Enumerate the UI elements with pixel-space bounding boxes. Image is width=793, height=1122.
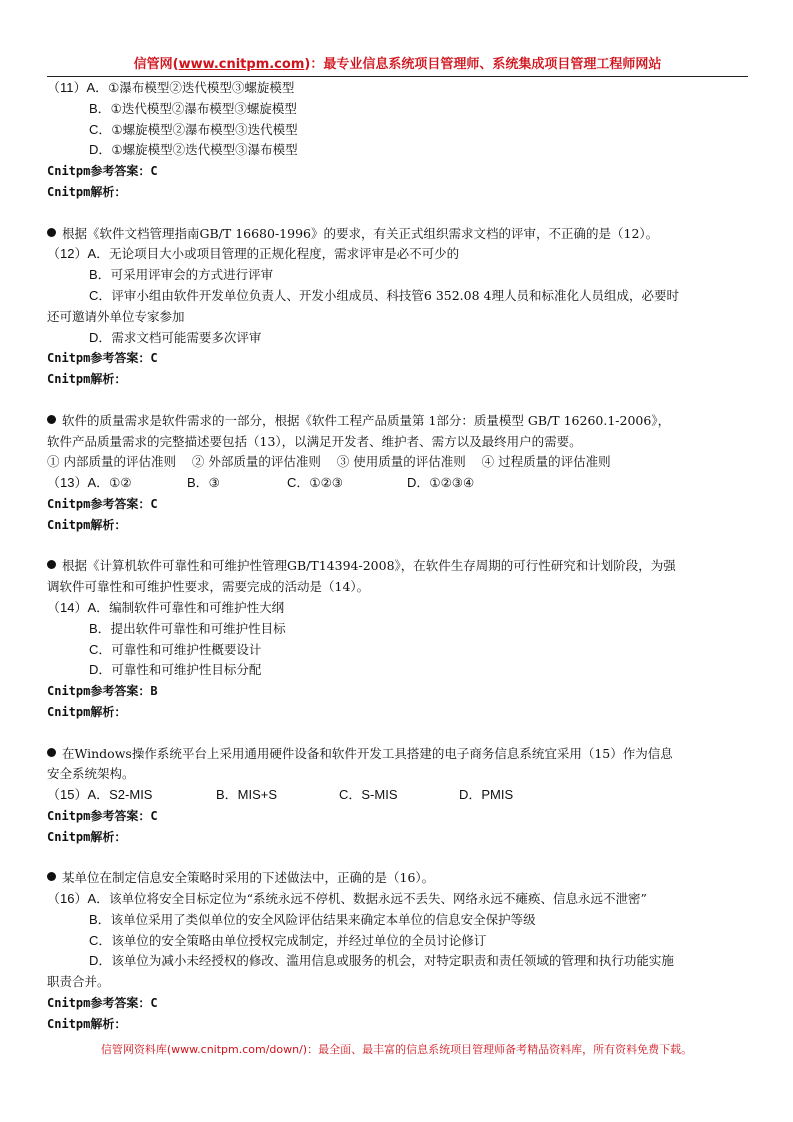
criterion: ④ 过程质量的评估准则 — [482, 454, 611, 469]
criteria-list: ① 内部质量的评估准则 ② 外部质量的评估准则 ③ 使用质量的评估准则 ④ 过程… — [47, 452, 748, 473]
options-row: （15）A．S2-MISB．MIS+SC．S-MISD．PMIS — [47, 785, 748, 806]
option-c: C．该单位的安全策略由单位授权完成制定，并经过单位的全员讨论修订 — [47, 931, 748, 952]
option-letter: D． — [89, 330, 111, 345]
option-text: 可靠性和可维护性概要设计 — [111, 642, 261, 657]
option-text: ③ — [209, 475, 220, 490]
question-13: 软件的质量需求是软件需求的一部分，根据《软件工程产品质量第 1部分：质量模型 G… — [47, 411, 748, 536]
option-letter: A． — [87, 891, 109, 906]
analysis-label: Cnitpm解析： — [47, 515, 748, 536]
stem-text: 某单位在制定信息安全策略时采用的下述做法中，正确的是（16）。 — [62, 870, 434, 885]
question-11: （11）A．①瀑布模型②迭代模型③螺旋模型 B．①迭代模型②瀑布模型③螺旋模型 … — [47, 78, 748, 203]
option-text: 提出软件可靠性和可维护性目标 — [111, 621, 286, 636]
question-stem: 某单位在制定信息安全策略时采用的下述做法中，正确的是（16）。 — [47, 868, 748, 889]
option-a: （16）A．该单位将安全目标定位为“系统永远不停机、数据永远不丢失、网络永远不瘫… — [47, 889, 748, 910]
header-divider — [47, 76, 748, 77]
option-letter: A． — [87, 600, 109, 615]
option-letter: C． — [339, 787, 361, 802]
question-16: 某单位在制定信息安全策略时采用的下述做法中，正确的是（16）。 （16）A．该单… — [47, 868, 748, 1034]
option-text: ①②③④ — [429, 475, 474, 490]
option-text: 编制软件可靠性和可维护性大纲 — [109, 600, 284, 615]
option-letter: B． — [89, 267, 111, 282]
option-text: ①②③ — [309, 475, 343, 490]
option-c: C．评审小组由软件开发单位负责人、开发小组成员、科技管6 352.08 4理人员… — [47, 286, 748, 307]
question-stem: 根据《计算机软件可靠性和可维护性管理GB/T14394-2008》，在软件生存周… — [47, 556, 748, 577]
option-c: C．①螺旋模型②瀑布模型③迭代模型 — [47, 120, 748, 141]
option-text: ①螺旋模型②瀑布模型③迭代模型 — [111, 122, 297, 137]
question-15: 在Windows操作系统平台上采用通用硬件设备和软件开发工具搭建的电子商务信息系… — [47, 744, 748, 848]
analysis-label: Cnitpm解析： — [47, 1014, 748, 1035]
question-number: （14） — [47, 600, 87, 615]
stem-text: 根据《计算机软件可靠性和可维护性管理GB/T14394-2008》，在软件生存周… — [62, 558, 676, 573]
option-text: 该单位的安全策略由单位授权完成制定，并经过单位的全员讨论修订 — [111, 933, 486, 948]
option-text: 该单位为减小未经授权的修改、滥用信息或服务的机会，对特定职责和责任领域的管理和执… — [111, 953, 674, 968]
option-text: PMIS — [481, 787, 513, 802]
question-14: 根据《计算机软件可靠性和可维护性管理GB/T14394-2008》，在软件生存周… — [47, 556, 748, 722]
option-text: 需求文档可能需要多次评审 — [111, 330, 261, 345]
option-b: B．该单位采用了类似单位的安全风险评估结果来确定本单位的信息安全保护等级 — [47, 910, 748, 931]
question-stem-continued: 软件产品质量需求的完整描述要包括（13），以满足开发者、维护者、需方以及最终用户… — [47, 432, 748, 453]
option-letter: D． — [459, 787, 481, 802]
option-letter: B． — [216, 787, 238, 802]
option-b: B．可采用评审会的方式进行评审 — [47, 265, 748, 286]
option-a: （12）A．无论项目大小或项目管理的正规化程度，需求评审是必不可少的 — [47, 244, 748, 265]
option-b: B．③ — [187, 473, 287, 494]
stem-text: 根据《软件文档管理指南GB/T 16680-1996》的要求，有关正式组织需求文… — [62, 226, 658, 241]
analysis-label: Cnitpm解析： — [47, 827, 748, 848]
option-text: ①瀑布模型②迭代模型③螺旋模型 — [108, 80, 294, 95]
question-stem-continued: 调软件可靠性和可维护性要求，需要完成的活动是（14）。 — [47, 577, 748, 598]
option-letter: B． — [89, 621, 111, 636]
option-c: C．可靠性和可维护性概要设计 — [47, 640, 748, 661]
question-number: （11） — [47, 80, 87, 95]
option-c: C．①②③ — [287, 473, 407, 494]
option-d-continued: 职责合并。 — [47, 972, 748, 993]
option-letter: C． — [287, 475, 309, 490]
criterion: ② 外部质量的评估准则 — [192, 454, 321, 469]
option-d: D．PMIS — [459, 785, 513, 806]
option-letter: A． — [87, 80, 109, 95]
option-d: D．该单位为减小未经授权的修改、滥用信息或服务的机会，对特定职责和责任领域的管理… — [47, 951, 748, 972]
option-text: 无论项目大小或项目管理的正规化程度，需求评审是必不可少的 — [109, 246, 459, 261]
document-body: （11）A．①瀑布模型②迭代模型③螺旋模型 B．①迭代模型②瀑布模型③螺旋模型 … — [47, 78, 748, 1035]
stem-text: 软件的质量需求是软件需求的一部分，根据《软件工程产品质量第 1部分：质量模型 G… — [62, 413, 670, 428]
option-d: D．①螺旋模型②迭代模型③瀑布模型 — [47, 140, 748, 161]
question-number: （13） — [47, 475, 87, 490]
analysis-label: Cnitpm解析： — [47, 702, 748, 723]
option-letter: B． — [89, 101, 111, 116]
option-text: 评审小组由软件开发单位负责人、开发小组成员、科技管6 352.08 4理人员和标… — [111, 288, 679, 303]
option-letter: D． — [89, 142, 111, 157]
option-a: （14）A．编制软件可靠性和可维护性大纲 — [47, 598, 748, 619]
option-text: 该单位将安全目标定位为“系统永远不停机、数据永远不丢失、网络永远不瘫痪、信息永远… — [109, 891, 647, 906]
question-12: 根据《软件文档管理指南GB/T 16680-1996》的要求，有关正式组织需求文… — [47, 224, 748, 390]
option-b: B．①迭代模型②瀑布模型③螺旋模型 — [47, 99, 748, 120]
option-letter: B． — [89, 912, 111, 927]
criterion: ③ 使用质量的评估准则 — [337, 454, 466, 469]
option-a: （15）A．S2-MIS — [47, 785, 216, 806]
question-stem-continued: 安全系统架构。 — [47, 764, 748, 785]
analysis-label: Cnitpm解析： — [47, 182, 748, 203]
header-site-link[interactable]: www.cnitpm.com — [179, 57, 305, 72]
page-header: 信管网(www.cnitpm.com)：最专业信息系统项目管理师、系统集成项目管… — [47, 55, 748, 75]
option-d: D．①②③④ — [407, 473, 474, 494]
option-text: ①迭代模型②瀑布模型③螺旋模型 — [111, 101, 297, 116]
option-text: S-MIS — [361, 787, 397, 802]
option-a: （13）A．①② — [47, 473, 187, 494]
question-number: （12） — [47, 246, 87, 261]
option-d: D．需求文档可能需要多次评审 — [47, 328, 748, 349]
reference-answer: Cnitpm参考答案：C — [47, 348, 748, 369]
question-stem: 软件的质量需求是软件需求的一部分，根据《软件工程产品质量第 1部分：质量模型 G… — [47, 411, 748, 432]
question-number: （16） — [47, 891, 87, 906]
criterion: ① 内部质量的评估准则 — [47, 454, 176, 469]
option-letter: A． — [87, 475, 109, 490]
bullet-icon — [47, 560, 56, 569]
option-letter: C． — [89, 933, 111, 948]
option-letter: A． — [87, 246, 109, 261]
option-text: S2-MIS — [109, 787, 152, 802]
option-text: MIS+S — [238, 787, 277, 802]
option-letter: C． — [89, 122, 111, 137]
question-number: （15） — [47, 787, 87, 802]
option-text: ①螺旋模型②迭代模型③瀑布模型 — [111, 142, 297, 157]
option-letter: C． — [89, 288, 111, 303]
option-letter: D． — [89, 953, 111, 968]
option-c-continued: 还可邀请外单位专家参加 — [47, 307, 748, 328]
option-letter: C． — [89, 642, 111, 657]
bullet-icon — [47, 415, 56, 424]
options-row: （13）A．①②B．③C．①②③D．①②③④ — [47, 473, 748, 494]
option-b: B．提出软件可靠性和可维护性目标 — [47, 619, 748, 640]
option-text: 该单位采用了类似单位的安全风险评估结果来确定本单位的信息安全保护等级 — [111, 912, 536, 927]
bullet-icon — [47, 872, 56, 881]
option-text: ①② — [109, 475, 131, 490]
header-prefix: 信管网( — [134, 57, 179, 72]
option-d: D．可靠性和可维护性目标分配 — [47, 660, 748, 681]
option-c: C．S-MIS — [339, 785, 459, 806]
reference-answer: Cnitpm参考答案：B — [47, 681, 748, 702]
page-footer: 信管网资料库(www.cnitpm.com/down/)：最全面、最丰富的信息系… — [0, 1041, 793, 1057]
option-letter: B． — [187, 475, 209, 490]
question-stem: 在Windows操作系统平台上采用通用硬件设备和软件开发工具搭建的电子商务信息系… — [47, 744, 748, 765]
option-text: 可采用评审会的方式进行评审 — [111, 267, 274, 282]
reference-answer: Cnitpm参考答案：C — [47, 161, 748, 182]
option-letter: A． — [87, 787, 109, 802]
reference-answer: Cnitpm参考答案：C — [47, 993, 748, 1014]
reference-answer: Cnitpm参考答案：C — [47, 806, 748, 827]
option-letter: D． — [89, 662, 111, 677]
option-text: 可靠性和可维护性目标分配 — [111, 662, 261, 677]
bullet-icon — [47, 748, 56, 757]
stem-text: 在Windows操作系统平台上采用通用硬件设备和软件开发工具搭建的电子商务信息系… — [62, 746, 673, 761]
reference-answer: Cnitpm参考答案：C — [47, 494, 748, 515]
analysis-label: Cnitpm解析： — [47, 369, 748, 390]
question-stem: 根据《软件文档管理指南GB/T 16680-1996》的要求，有关正式组织需求文… — [47, 224, 748, 245]
header-suffix: )：最专业信息系统项目管理师、系统集成项目管理工程师网站 — [304, 57, 661, 72]
option-a: （11）A．①瀑布模型②迭代模型③螺旋模型 — [47, 78, 748, 99]
bullet-icon — [47, 228, 56, 237]
option-b: B．MIS+S — [216, 785, 339, 806]
option-letter: D． — [407, 475, 429, 490]
